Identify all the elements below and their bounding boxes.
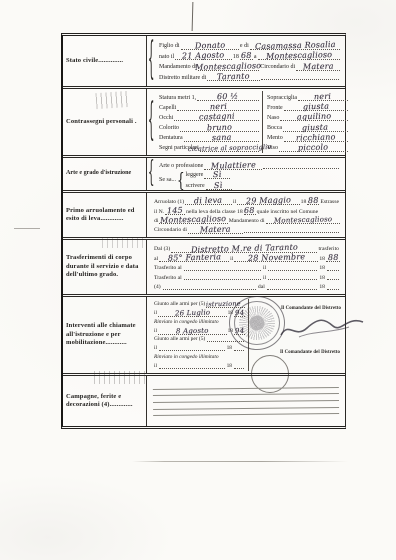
brace-glyph: {	[148, 100, 155, 144]
printed-label: Occhi	[158, 115, 174, 122]
handwritten-value: Montescaglioso	[266, 51, 332, 61]
field-slot: 60 ½	[197, 91, 259, 101]
brace-glyph: {	[177, 169, 185, 191]
field-slot: aquilino	[280, 111, 347, 121]
handwritten-value: 21 Agosto	[182, 52, 225, 61]
field-line: scrivere Sì	[185, 181, 340, 190]
handwritten-value: neri	[210, 103, 227, 111]
field-slot: 145	[165, 205, 185, 215]
printed-label: 18	[232, 54, 240, 61]
field-slot: 68	[240, 50, 253, 60]
section-label: Stato civile..............	[63, 36, 147, 86]
field-slot: Taranto	[207, 71, 259, 81]
field-slot: 68	[244, 205, 256, 215]
ruled-line	[153, 406, 339, 410]
dotted-fill	[159, 350, 225, 351]
printed-label: Rinviato in congedo illimitato	[153, 355, 220, 361]
ruled-line	[153, 399, 339, 403]
printed-label: il	[262, 275, 267, 281]
field-slot: neri	[298, 91, 348, 101]
dotted-fill	[234, 368, 244, 369]
handwritten-value: Sì	[213, 171, 222, 179]
section-arte-istruzione: Arte e grado d'istruzione { Arte o profe…	[63, 155, 345, 190]
dotted-fill	[184, 270, 261, 271]
field-line: il 18	[153, 344, 245, 352]
field-line: al 85° Fanteria il 28 Novembre 18 88	[153, 253, 340, 262]
field-slot: bruno	[180, 122, 259, 132]
printed-label: Distretto militare di	[158, 75, 207, 82]
dotted-fill	[268, 279, 317, 280]
printed-label: Fronte	[266, 105, 284, 112]
printed-label: Sopracciglia	[266, 95, 298, 102]
printed-label: il	[262, 265, 267, 271]
field-line: nato il 21 Agosto 18 68 a Montescaglioso	[158, 51, 340, 60]
printed-label: Trasferito al	[153, 275, 183, 281]
section-primo-arruolamento: Primo arruolamento ed esito di leva.....…	[63, 190, 345, 237]
field-line: Sopracciglia neri	[266, 92, 348, 101]
printed-label: Colorito	[158, 125, 180, 132]
field-line: Viso piccolo	[266, 143, 348, 152]
section-content: { Arte o professione Mulattiere Se sa...…	[147, 158, 345, 190]
field-slot: neri	[177, 101, 259, 111]
field-line: Mandamento di Montescaglioso Circondario…	[158, 62, 340, 71]
printed-label: nato il	[158, 54, 175, 61]
field-slot: Matera	[188, 224, 243, 234]
printed-label: Se sa...	[158, 177, 177, 183]
field-line: Giunto alle armi per (5)	[153, 335, 245, 343]
field-line: Segni particolari cicatrice al sopraccig…	[158, 143, 259, 152]
handwritten-value: 8 Agosto	[176, 327, 209, 335]
blank-ruled-lines	[151, 377, 341, 425]
printed-label: Estrasse	[319, 199, 340, 205]
section-content: Arruolato (1) di leva il 29 Maggio 18 88…	[147, 193, 345, 237]
handwritten-value: Donato	[194, 41, 225, 50]
handwritten-value: giusta	[302, 123, 328, 132]
field-line: Statura metri 1, 60 ½	[158, 92, 259, 101]
field-slot: 88	[307, 195, 319, 205]
field-slot: Montescaglioso	[198, 61, 259, 71]
ruled-line	[153, 386, 339, 390]
printed-label: Naso	[266, 115, 280, 122]
printed-label: Mento	[266, 135, 284, 142]
field-line: Naso aquilino	[266, 112, 348, 121]
handwritten-value: 60 ½	[217, 93, 238, 102]
field-line: Occhi castagni	[158, 112, 259, 121]
field-line: Dentatura sana	[158, 133, 259, 142]
handwritten-value: neri	[314, 93, 331, 101]
dotted-fill	[261, 79, 339, 80]
field-line: leggere Sì	[185, 170, 340, 179]
field-slot: 26 Luglio	[158, 308, 227, 317]
handwritten-value: 68	[244, 207, 255, 215]
field-line: di Montescaglioso Mandamento di Montesca…	[153, 215, 340, 224]
printed-label: Figlio di	[158, 43, 181, 50]
section-contrassegni-personali: Contrassegni personali . { Statura metri…	[63, 86, 345, 155]
commander-signature	[279, 313, 365, 341]
handwritten-value: 85° Fanteria	[167, 253, 220, 262]
section-content	[147, 376, 345, 426]
field-slot: 85° Fanteria	[159, 252, 229, 262]
section-interventi: Interventi alle chiamate all'istruzione …	[63, 294, 345, 373]
printed-label: Mandamento di	[158, 64, 198, 71]
field-slot: Sì	[204, 171, 230, 179]
dotted-fill	[159, 368, 225, 369]
field-slot: piccolo	[279, 142, 348, 152]
field-line: Distretto militare di Taranto	[158, 72, 340, 81]
dotted-fill	[163, 289, 256, 290]
handwritten-value: 88	[328, 254, 339, 262]
printed-label: 18	[300, 199, 308, 205]
handwritten-value: Montescaglioso	[195, 62, 261, 72]
district-ink-stamp	[229, 296, 285, 350]
field-slot: Matera	[296, 61, 340, 71]
field-slot: Mulattiere	[204, 160, 262, 170]
commander-title: Il Comandante del Distretto	[281, 306, 341, 311]
field-slot: castagni	[174, 111, 259, 121]
handwritten-value: Casamassa Rosalia	[254, 41, 335, 51]
field-slot: Montescaglioso	[159, 214, 227, 224]
traits-left-column: Statura metri 1, 60 ½ Capelli neri Occhi…	[158, 91, 262, 153]
printed-label: 18	[318, 265, 326, 271]
dotted-fill	[234, 350, 244, 351]
field-line: Mento ricchiano	[266, 133, 348, 142]
field-line: Figlio di Donato e di Casamassa Rosalia	[158, 41, 340, 50]
handwritten-value: di leva	[194, 197, 222, 206]
section-content: { Statura metri 1, 60 ½ Capelli neri Occ…	[147, 89, 356, 155]
field-slot: 8 Agosto	[158, 326, 227, 335]
handwritten-value: 29 Maggio	[246, 197, 291, 206]
field-line: Rinviato in congedo illimitato	[153, 353, 245, 361]
printed-label: Dentatura	[158, 135, 184, 142]
field-slot: giusta	[284, 101, 348, 111]
section-trasferimenti: Trasferimenti di corpo durante il serviz…	[63, 237, 345, 294]
dotted-fill	[267, 289, 318, 290]
section-content: Giunto alle armi per (5) istruzione il 2…	[147, 297, 345, 373]
section-campagne: Campagne, ferite e decorazioni (4)......…	[63, 373, 345, 426]
section-label: Contrassegni personali .	[63, 89, 147, 155]
printed-label: 18	[226, 364, 233, 370]
field-slot: cicatrice al sopracciglio	[200, 142, 259, 152]
field-line: Capelli neri	[158, 102, 259, 111]
handwritten-value: sana	[211, 133, 231, 142]
field-slot: di leva	[185, 195, 232, 205]
pencil-line	[132, 461, 348, 462]
handwritten-value: giusta	[303, 103, 329, 112]
printed-label: Trasferito al	[153, 265, 183, 271]
printed-label: il	[153, 346, 158, 352]
section-stato-civile: Stato civile.............. { Figlio di D…	[63, 36, 345, 86]
field-line: Arte o professione Mulattiere	[158, 161, 340, 170]
printed-label: Circondario di	[153, 227, 188, 233]
dotted-fill	[327, 270, 339, 271]
section-label: Primo arruolamento ed esito di leva.....…	[63, 193, 147, 237]
printed-label: Bocca	[266, 125, 283, 132]
field-line: Colorito bruno	[158, 123, 259, 132]
field-slot: Donato	[181, 40, 239, 50]
handwritten-value: Taranto	[217, 73, 250, 82]
field-line: il 18	[153, 362, 245, 370]
printed-label: 18	[226, 346, 233, 352]
dotted-fill	[184, 279, 261, 280]
scanned-military-record-page: Stato civile.............. { Figlio di D…	[0, 0, 396, 560]
field-line: (4) dal 18	[153, 282, 340, 291]
field-slot: Casamassa Rosalia	[250, 40, 340, 50]
traits-right-column: Sopracciglia neri Fronte giusta Naso aqu…	[262, 91, 351, 153]
handwritten-value: Matera	[200, 225, 231, 234]
printed-label: il	[153, 364, 158, 370]
section-label: Interventi alle chiamate all'istruzione …	[63, 297, 147, 373]
field-slot: Montescaglioso	[258, 50, 340, 60]
field-slot: Sì	[206, 182, 232, 190]
printed-label: Statura metri 1,	[158, 95, 197, 102]
printed-label: 18	[318, 284, 326, 290]
handwritten-value: castagni	[199, 113, 235, 122]
field-slot: ricchiano	[284, 132, 348, 142]
field-slot: 28 Novembre	[234, 252, 318, 262]
field-slot: 88	[326, 252, 340, 262]
field-line: Giunto alle armi per (5) istruzione	[153, 300, 245, 308]
printed-label: Giunto alle armi per (5)	[153, 337, 206, 343]
record-table: Stato civile.............. { Figlio di D…	[61, 33, 346, 429]
handwritten-value: cicatrice al sopracciglio	[188, 144, 272, 153]
printed-label: 18	[318, 275, 326, 281]
ruled-line	[153, 412, 339, 416]
handwritten-value: 28 Novembre	[248, 253, 305, 262]
field-line: Bocca giusta	[266, 123, 348, 132]
handwritten-value: 88	[308, 197, 319, 205]
stamp-signature-area: Il Comandante del Distretto Il Comandant…	[249, 299, 342, 371]
field-slot: Montescaglioso	[266, 214, 340, 224]
section-label: Arte e grado d'istruzione	[63, 158, 147, 190]
field-slot: sana	[184, 132, 259, 142]
handwritten-value: 145	[167, 207, 183, 215]
dotted-fill	[244, 232, 339, 233]
printed-label: e di	[239, 43, 250, 50]
handwritten-value: bruno	[207, 123, 232, 132]
dotted-fill	[327, 289, 339, 290]
se-sa-group: Se sa... { leggere Sì scrivere Sì	[158, 170, 340, 190]
handwritten-value: 68	[241, 52, 252, 60]
dotted-fill	[263, 168, 339, 169]
field-slot: Distretto M.re di Taranto	[171, 243, 317, 253]
handwritten-value: aquilino	[297, 113, 331, 122]
field-slot: giusta	[283, 122, 348, 132]
commander-title: Il Comandante del Distretto	[280, 350, 340, 355]
fold-tick-mark	[192, 2, 194, 31]
handwritten-value: Matera	[303, 62, 334, 71]
printed-label: dal	[257, 284, 266, 290]
printed-label: scrivere	[185, 183, 206, 190]
brace-glyph: {	[148, 39, 155, 83]
printed-label: leggere	[185, 172, 205, 179]
field-slot: 21 Agosto	[175, 50, 232, 60]
traits-grid: Statura metri 1, 60 ½ Capelli neri Occhi…	[158, 91, 351, 153]
printed-label: (4)	[153, 284, 162, 290]
dotted-fill	[268, 270, 317, 271]
handwritten-value: ricchiano	[296, 133, 336, 142]
handwritten-value: piccolo	[298, 143, 328, 152]
handwritten-value: Sì	[214, 182, 223, 190]
printed-label: Circondario di	[259, 64, 296, 71]
section-content: { Figlio di Donato e di Casamassa Rosali…	[147, 36, 345, 86]
ruled-line	[153, 392, 339, 396]
brace-glyph: {	[148, 160, 155, 189]
section-label: Trasferimenti di corpo durante il serviz…	[63, 240, 147, 294]
field-line: Trasferito al il 18	[153, 272, 340, 281]
handwritten-value: 26 Luglio	[175, 309, 210, 317]
printed-label: Capelli	[158, 105, 177, 112]
field-line: Fronte giusta	[266, 102, 348, 111]
field-line: Trasferito al il 18	[153, 263, 340, 272]
dotted-fill	[327, 279, 339, 280]
field-line: Circondario di Matera	[153, 225, 340, 234]
section-content: Dal (3) Distretto M.re di Taranto trasfe…	[147, 240, 345, 294]
margin-pencil-dash	[14, 228, 40, 229]
field-slot: 29 Maggio	[237, 195, 299, 205]
section-label: Campagne, ferite e decorazioni (4)......…	[63, 376, 147, 426]
printed-label: 18	[318, 256, 326, 262]
